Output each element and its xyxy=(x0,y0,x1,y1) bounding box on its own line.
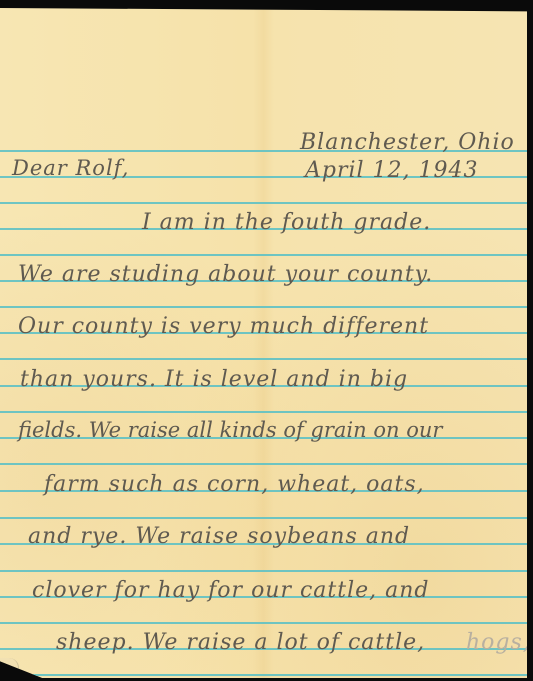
letter-salutation: Dear Rolf, xyxy=(12,158,129,179)
letter-faded-word: hogs, xyxy=(466,632,531,654)
ruled-line xyxy=(0,358,527,360)
ruled-line xyxy=(0,306,527,308)
ruled-line xyxy=(0,463,527,465)
letter-body-line: farm such as corn, wheat, oats, xyxy=(44,474,425,496)
ruled-line xyxy=(0,570,527,572)
letter-body-line: I am in the fouth grade. xyxy=(142,212,431,234)
letter-body-line: We are studing about your county. xyxy=(18,264,433,286)
ruled-line xyxy=(0,254,527,256)
ruled-line xyxy=(0,622,527,624)
letter-body-line: Our county is very much different xyxy=(18,316,429,338)
letter-body-line: clover for hay for our cattle, and xyxy=(32,580,430,602)
letter-body-line: fields. We raise all kinds of grain on o… xyxy=(18,420,442,441)
folded-corner xyxy=(0,658,19,681)
letter-location: Blanchester, Ohio xyxy=(300,132,515,154)
ruled-line xyxy=(0,674,527,676)
ruled-line xyxy=(0,202,527,204)
letter-date: April 12, 1943 xyxy=(305,160,479,182)
letter-body-line: than yours. It is level and in big xyxy=(20,369,408,391)
ruled-line xyxy=(0,517,527,519)
letter-body-line: and rye. We raise soybeans and xyxy=(28,526,410,548)
ruled-line xyxy=(0,411,527,413)
letter-paper: Blanchester, Ohio April 12, 1943 Dear Ro… xyxy=(0,8,527,678)
letter-body-line: sheep. We raise a lot of cattle, xyxy=(56,632,425,654)
